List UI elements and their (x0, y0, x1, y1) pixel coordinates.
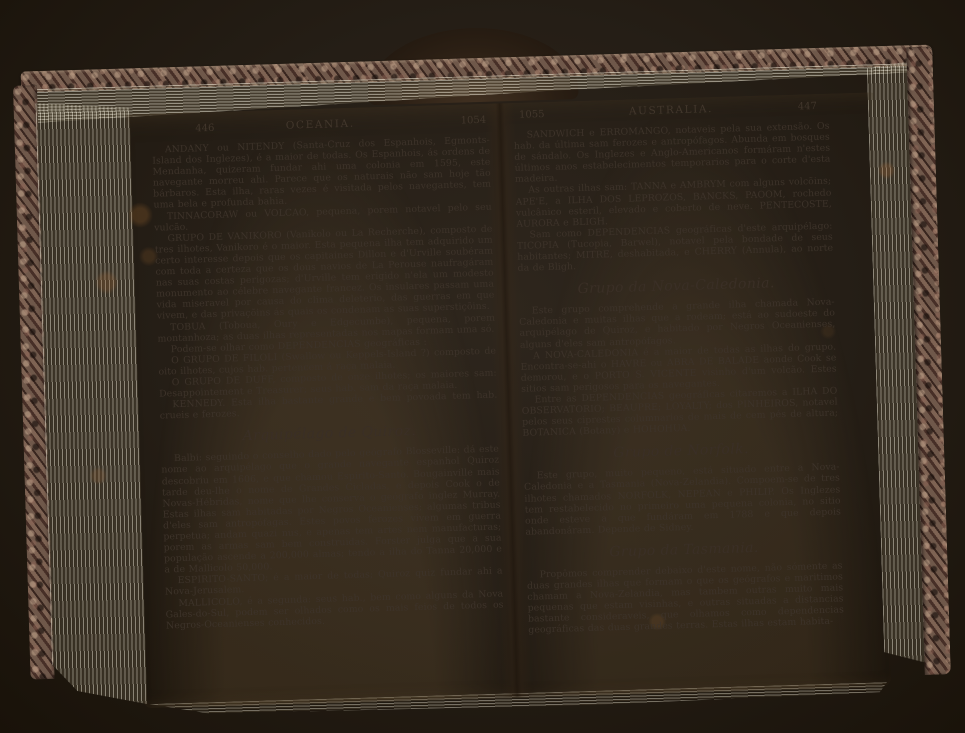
page-left: 446 OCEANIA. 1054 ANDANY ou NITENDY (San… (126, 103, 517, 708)
section-heading: Grupo da Tasmania. (526, 537, 842, 562)
paragraph: Entre as DEPENDENCIAS geográficas citare… (521, 385, 838, 439)
paragraph: Balbi: seguindo o conselho dado pelo geó… (161, 444, 502, 576)
text-column-right: SANDWICH e ERROMANGO, notaveis pela sua … (513, 121, 844, 637)
column-number: 1054 (355, 115, 490, 130)
running-title: OCEANIA. (286, 118, 355, 132)
running-title: AUSTRALIA. (629, 103, 713, 117)
paragraph: Propômos comprender debaixo d'este nome,… (527, 560, 845, 636)
text-column-left: ANDANY ou NITENDY (Santa-Cruz dos Espanh… (152, 135, 504, 632)
section-heading: Grupo da Nova-Caledonia. (518, 274, 834, 299)
paragraph: GRUPO DE VANIKORO (Vanikolo ou La Recher… (154, 223, 494, 322)
open-book: 446 OCEANIA. 1054 ANDANY ou NITENDY (San… (13, 44, 952, 723)
running-header-right: 1055 AUSTRALIA. 447 (513, 100, 829, 121)
folio-number: 447 (713, 101, 829, 115)
paragraph: Sam como DEPENDENCIAS geográficas d'este… (516, 220, 833, 274)
folio-number: 446 (151, 121, 286, 136)
page-right: 1055 AUSTRALIA. 447 SANDWICH e ERROMANGO… (500, 92, 891, 697)
section-heading: Arquipélago de Quiroz. (160, 421, 498, 447)
section-heading: Grupo de Norfolk. (523, 439, 839, 464)
running-header-left: 446 OCEANIA. 1054 (151, 114, 489, 136)
page-spread: 446 OCEANIA. 1054 ANDANY ou NITENDY (San… (126, 92, 891, 708)
paragraph: Este grupo, muito pequeno, está situado … (524, 462, 842, 538)
photo-background: 446 OCEANIA. 1054 ANDANY ou NITENDY (San… (0, 0, 965, 733)
paragraph: ANDANY ou NITENDY (Santa-Cruz dos Espanh… (152, 135, 492, 212)
column-number: 1055 (513, 107, 629, 121)
paragraph: SANDWICH e ERROMANGO, notaveis pela sua … (513, 121, 831, 186)
